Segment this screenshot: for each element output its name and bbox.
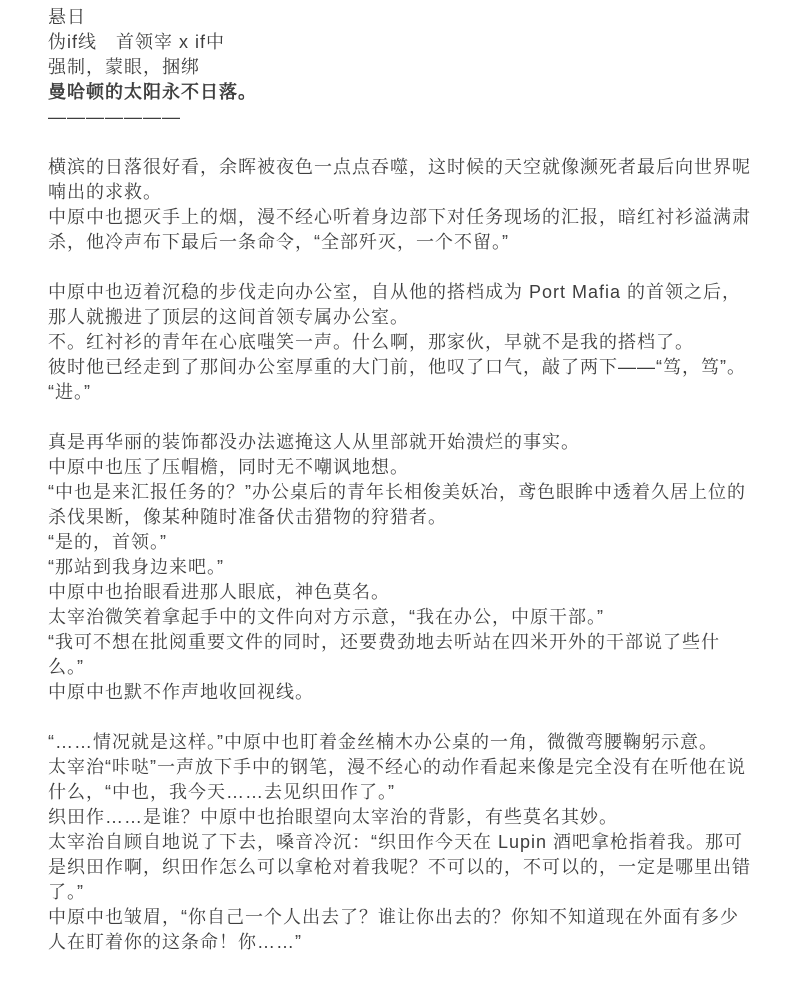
story-block: 中原中也迈着沉稳的步伐走向办公室，自从他的搭档成为 Port Mafia 的首领… (48, 280, 755, 405)
reading-page[interactable]: 悬日 伪if线 首领宰 x if中 强制，蒙眼，捆绑 曼哈顿的太阳永不日落。 —… (0, 0, 800, 986)
paragraph: 织田作……是谁？中原中也抬眼望向太宰治的背影，有些莫名其妙。 (48, 805, 755, 830)
divider: ——————— (48, 105, 755, 130)
paragraph: 真是再华丽的装饰都没办法遮掩这人从里部就开始溃烂的事实。 (48, 430, 755, 455)
story-block: 横滨的日落很好看，余晖被夜色一点点吞噬，这时候的天空就像濒死者最后向世界呢喃出的… (48, 155, 755, 255)
story-title: 悬日 (48, 5, 755, 30)
paragraph: 中原中也摁灭手上的烟，漫不经心听着身边部下对任务现场的汇报，暗红衬衫溢满肃杀，他… (48, 205, 755, 255)
paragraph: 中原中也皱眉，“你自己一个人出去了？谁让你出去的？你知不知道现在外面有多少人在盯… (48, 905, 755, 955)
paragraph: “进。” (48, 380, 755, 405)
tags-line: 强制，蒙眼，捆绑 (48, 55, 755, 80)
paragraph: 中原中也迈着沉稳的步伐走向办公室，自从他的搭档成为 Port Mafia 的首领… (48, 280, 755, 330)
paragraph: 中原中也抬眼看进那人眼底，神色莫名。 (48, 580, 755, 605)
summary-line: 曼哈顿的太阳永不日落。 (48, 80, 755, 105)
paragraph: 太宰治“咔哒”一声放下手中的钢笔，漫不经心的动作看起来像是完全没有在听他在说什么… (48, 755, 755, 805)
story-block: 真是再华丽的装饰都没办法遮掩这人从里部就开始溃烂的事实。中原中也压了压帽檐，同时… (48, 430, 755, 705)
paragraph: “那站到我身边来吧。” (48, 555, 755, 580)
story-block: “……情况就是这样。”中原中也盯着金丝楠木办公桌的一角，微微弯腰鞠躬示意。太宰治… (48, 730, 755, 955)
story-text: 横滨的日落很好看，余晖被夜色一点点吞噬，这时候的天空就像濒死者最后向世界呢喃出的… (48, 155, 755, 955)
paragraph: “是的，首领。” (48, 530, 755, 555)
paragraph: 太宰治自顾自地说了下去，嗓音冷沉：“织田作今天在 Lupin 酒吧拿枪指着我。那… (48, 830, 755, 905)
paragraph: 中原中也默不作声地收回视线。 (48, 680, 755, 705)
paragraph: 太宰治微笑着拿起手中的文件向对方示意，“我在办公，中原干部。” (48, 605, 755, 630)
paragraph: 横滨的日落很好看，余晖被夜色一点点吞噬，这时候的天空就像濒死者最后向世界呢喃出的… (48, 155, 755, 205)
story-header: 悬日 伪if线 首领宰 x if中 强制，蒙眼，捆绑 曼哈顿的太阳永不日落。 —… (48, 5, 755, 130)
paragraph: 不。红衬衫的青年在心底嗤笑一声。什么啊，那家伙，早就不是我的搭档了。 (48, 330, 755, 355)
paragraph: “……情况就是这样。”中原中也盯着金丝楠木办公桌的一角，微微弯腰鞠躬示意。 (48, 730, 755, 755)
pairing-line: 伪if线 首领宰 x if中 (48, 30, 755, 55)
paragraph: 中原中也压了压帽檐，同时无不嘲讽地想。 (48, 455, 755, 480)
paragraph: 彼时他已经走到了那间办公室厚重的大门前，他叹了口气，敲了两下——“笃，笃”。 (48, 355, 755, 380)
paragraph: “我可不想在批阅重要文件的同时，还要费劲地去听站在四米开外的干部说了些什么。” (48, 630, 755, 680)
paragraph: “中也是来汇报任务的？”办公桌后的青年长相俊美妖冶，鸢色眼眸中透着久居上位的杀伐… (48, 480, 755, 530)
